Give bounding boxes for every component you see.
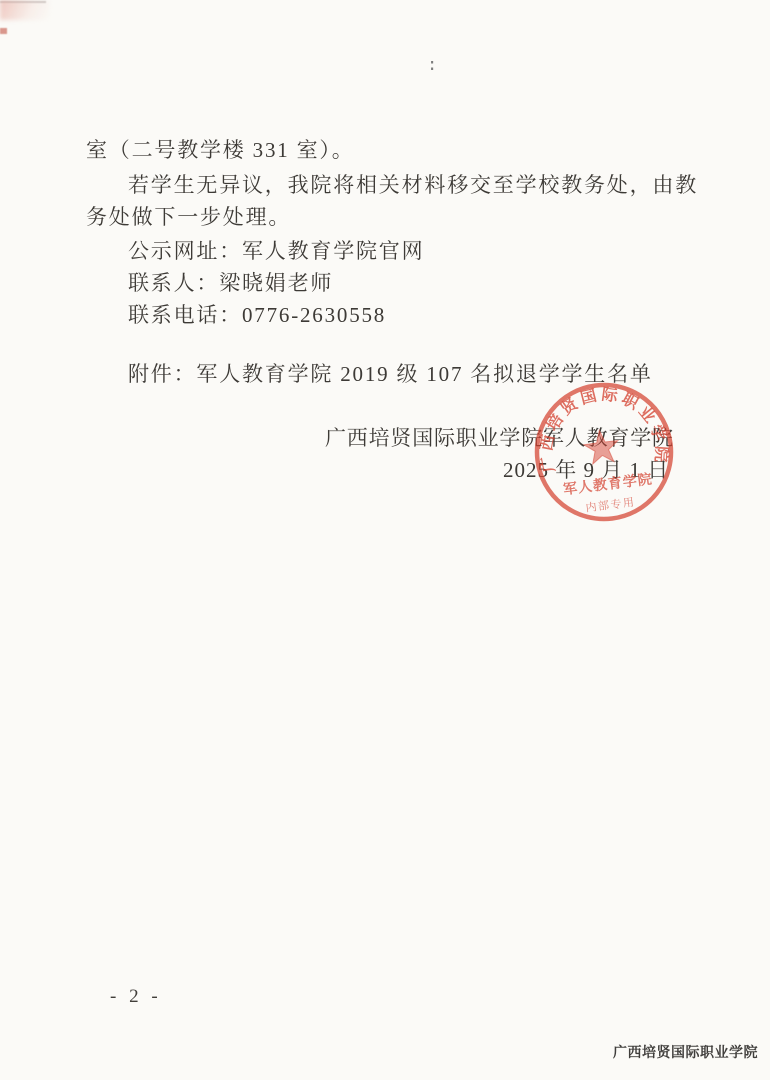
page-number: - 2 - — [110, 986, 162, 1008]
scan-colon-artifact: : — [427, 55, 437, 75]
official-seal-graphic: 广西培贤国际职业学院 军人教育学院 内部专用 — [515, 363, 693, 541]
body-line-contact-person: 联系人：梁晓娟老师 — [128, 271, 333, 295]
signature-line: 广西培贤国际职业学院军人教育学院 — [325, 426, 674, 450]
footer-brand-text: 广西培贤国际职业学院 — [613, 1042, 758, 1062]
seal-ring — [529, 377, 678, 526]
body-line-room: 室（二号教学楼 331 室）。 — [86, 138, 355, 162]
attachment-line: 附件：军人教育学院 2019 级 107 名拟退学学生名单 — [128, 362, 653, 386]
body-line-phone: 联系电话：0776-2630558 — [128, 303, 386, 327]
seal-inner-subtitle: 内部专用 — [585, 495, 636, 515]
body-line-objection-1: 若学生无异议，我院将相关材料移交至学校教务处，由教 — [128, 173, 698, 197]
pink-smudge-artifact — [0, 0, 50, 20]
date-line: 2025 年 9 月 1 日 — [503, 458, 669, 482]
scanned-document-page: : 室（二号教学楼 331 室）。 若学生无异议，我院将相关材料移交至学校教务处… — [0, 0, 770, 1080]
official-seal: 广西培贤国际职业学院 军人教育学院 内部专用 — [515, 363, 693, 541]
red-mark-artifact — [0, 28, 7, 34]
body-line-website: 公示网址：军人教育学院官网 — [128, 239, 424, 263]
body-line-objection-2: 务处做下一步处理。 — [86, 205, 291, 229]
